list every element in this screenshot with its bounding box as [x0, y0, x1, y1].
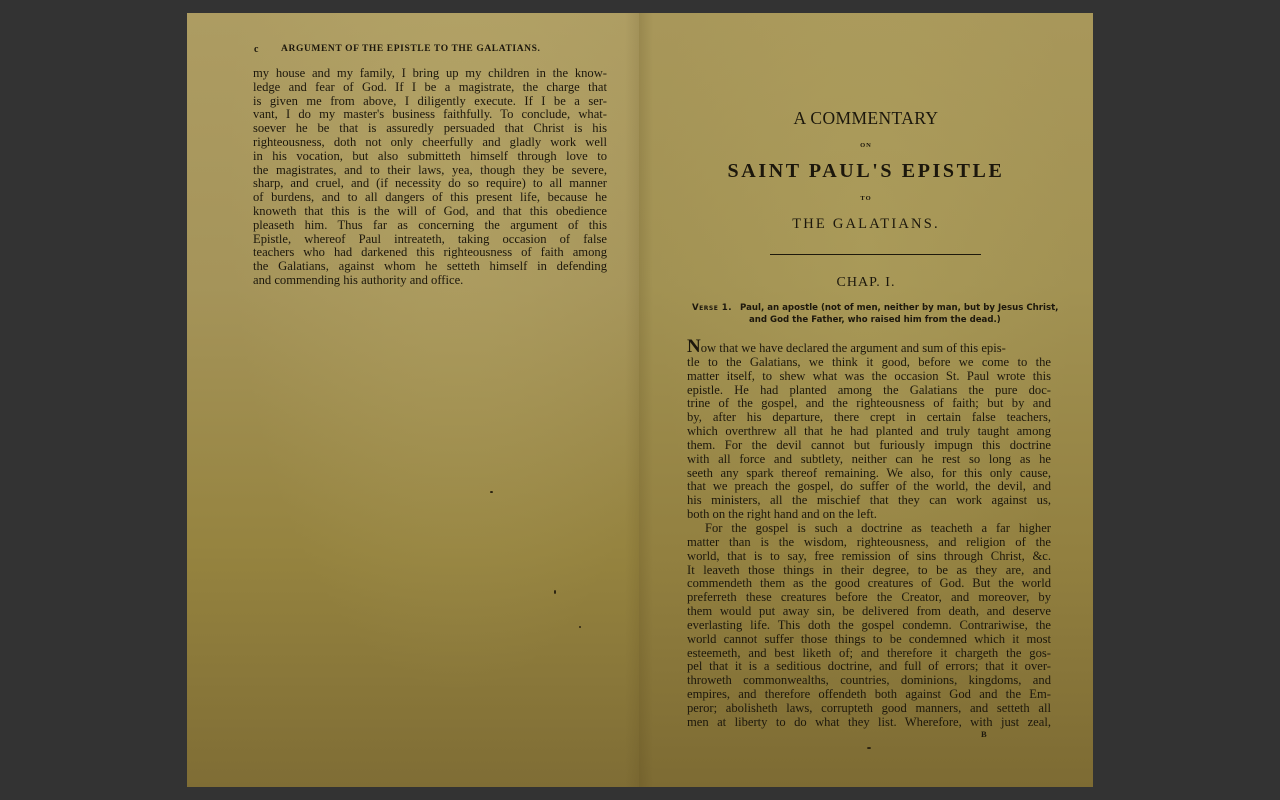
text-line: matter itself, to shew what was the occa… [687, 370, 1051, 384]
body-paragraph-1: Now that we have declared the argument a… [687, 341, 1051, 522]
text-line: Epistle, whereof Paul intreateth, taking… [253, 233, 607, 247]
paper-speck [490, 491, 493, 493]
text-line: my house and my family, I bring up my ch… [253, 67, 607, 81]
chapter-heading: CHAP. I. [639, 275, 1093, 291]
right-page-body: Now that we have declared the argument a… [687, 341, 1051, 730]
text-line: esteemeth, and best liketh of; and there… [687, 647, 1051, 661]
drop-cap: N [687, 336, 701, 357]
text-line: his ministers, all the mischief that the… [687, 494, 1051, 508]
text-line: men at liberty to do what they list. Whe… [687, 716, 1051, 730]
text-line: seeth any spark thereof remaining. We al… [687, 467, 1051, 481]
title-epistle: SAINT PAUL'S EPISTLE [639, 160, 1093, 183]
gutter-shadow [639, 13, 653, 787]
paper-speck [867, 747, 871, 749]
text-line: with all force and subtlety, neither can… [687, 453, 1051, 467]
text-line: throweth commonwealths, countries, domin… [687, 674, 1051, 688]
text-line: world cannot suffer those things to be c… [687, 633, 1051, 647]
text-line: commendeth them as the good creatures of… [687, 577, 1051, 591]
text-line: is given me from above, I diligently exe… [253, 95, 607, 109]
gutter-shadow [625, 13, 639, 787]
text-line: It leaveth those things in their degree,… [687, 564, 1051, 578]
text-line: both on the right hand and on the left. [687, 508, 1051, 522]
text-line: the magistrates, and to their laws, yea,… [253, 164, 607, 178]
title-commentary: A COMMENTARY [639, 108, 1093, 129]
text-line: matter than is the wisdom, righteousness… [687, 536, 1051, 550]
text-line: everlasting life. This doth the gospel c… [687, 619, 1051, 633]
text-line: that we preach the gospel, do suffer of … [687, 480, 1051, 494]
text-line: soever he be that is assuredly persuaded… [253, 122, 607, 136]
body-paragraph: my house and my family, I bring up my ch… [253, 67, 607, 288]
left-page-body: my house and my family, I bring up my ch… [253, 67, 607, 288]
text-line: the Galatians, against whom he setteth h… [253, 260, 607, 274]
title-to: TO [639, 195, 1093, 202]
title-galatians: THE GALATIANS. [639, 216, 1093, 233]
text-line: righteousness, doth not only cheerfully … [253, 136, 607, 150]
text-line: preferreth these creatures before the Cr… [687, 591, 1051, 605]
verse-text-line1: Paul, an apostle (not of men, neither by… [740, 303, 1058, 313]
text-line: of burdens, and to all dangers of this p… [253, 191, 607, 205]
title-rule-divider [770, 254, 981, 255]
text-line: teachers who had darkened this righteous… [253, 246, 607, 260]
text-line: tle to the Galatians, we think it good, … [687, 356, 1051, 370]
text-line: them. For the devil cannot but furiously… [687, 439, 1051, 453]
text-line: world, that is to say, free remission of… [687, 550, 1051, 564]
running-head-title: ARGUMENT OF THE EPISTLE TO THE GALATIANS… [281, 44, 540, 55]
book-spread: c ARGUMENT OF THE EPISTLE TO THE GALATIA… [187, 13, 1093, 787]
text-line: empires, and therefore offendeth both ag… [687, 688, 1051, 702]
text-line: epistle. He had planted among the Galati… [687, 384, 1051, 398]
verse-text-line2: and God the Father, who raised him from … [692, 315, 1064, 327]
text-line: For the gospel is such a doctrine as tea… [687, 522, 1051, 536]
text-line: sharp, and cruel, and (if necessity do s… [253, 177, 607, 191]
text-line: pleaseth him. Thus far as concerning the… [253, 219, 607, 233]
text-line: ledge and fear of God. If I be a magistr… [253, 81, 607, 95]
title-on: ON [639, 142, 1093, 149]
signature-mark: B [981, 729, 987, 739]
right-page: A COMMENTARY ON SAINT PAUL'S EPISTLE TO … [639, 13, 1093, 787]
text-line: them would put away sin, be delivered fr… [687, 605, 1051, 619]
text-line: and commending his authority and office. [253, 274, 607, 288]
text-line: peror; abolisheth laws, corrupteth good … [687, 702, 1051, 716]
paper-speck [579, 626, 581, 628]
text-line: ow that we have declared the argument an… [701, 341, 1006, 355]
text-line: vant, I do my master's business faithful… [253, 108, 607, 122]
verse-citation: Verse 1.Paul, an apostle (not of men, ne… [692, 303, 1064, 326]
text-line: which overthrew all that he had planted … [687, 425, 1051, 439]
text-line: trine of the gospel, and the righteousne… [687, 397, 1051, 411]
text-line: in his vocation, but also submitteth him… [253, 150, 607, 164]
body-paragraph-2: For the gospel is such a doctrine as tea… [687, 522, 1051, 730]
left-page: c ARGUMENT OF THE EPISTLE TO THE GALATIA… [187, 13, 639, 787]
text-line: pel that it is a seditious doctrine, and… [687, 660, 1051, 674]
verse-label: Verse 1. [692, 303, 732, 313]
page-number: c [254, 44, 259, 55]
text-line: knoweth that this is the will of God, an… [253, 205, 607, 219]
text-line: by, after his departure, there crept in … [687, 411, 1051, 425]
paper-speck [554, 590, 556, 594]
running-head: c ARGUMENT OF THE EPISTLE TO THE GALATIA… [254, 44, 609, 55]
paragraph-1-text: ow that we have declared the argument an… [687, 341, 1051, 522]
